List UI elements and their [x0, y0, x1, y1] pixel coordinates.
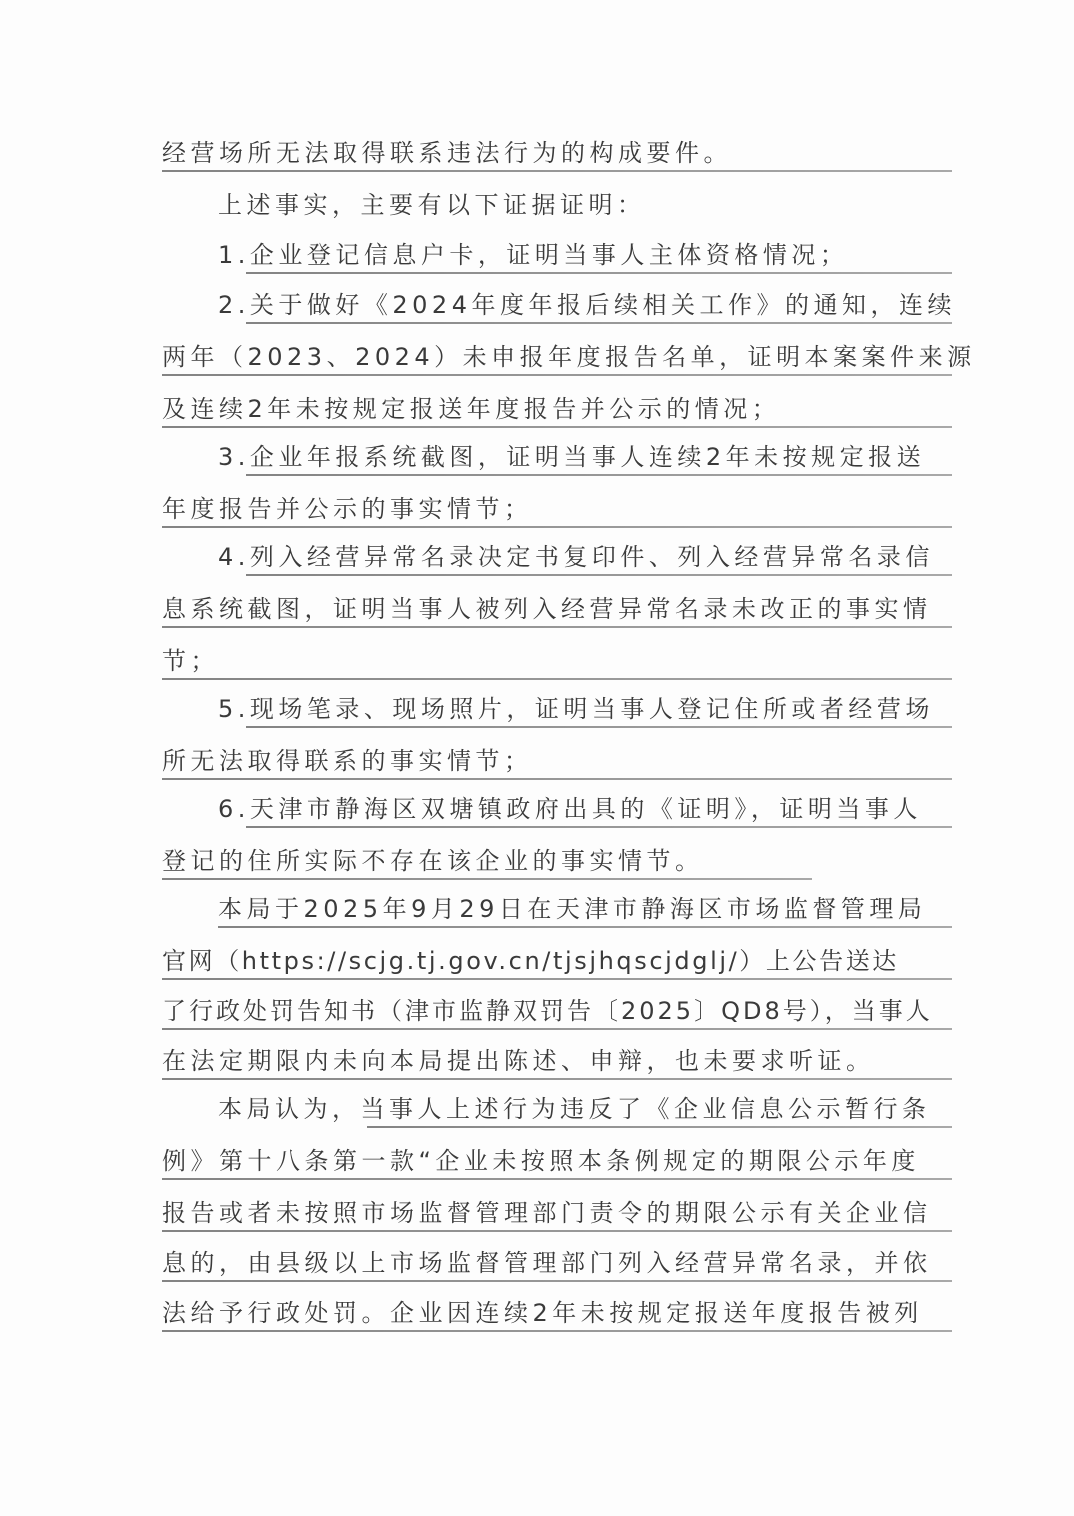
text-line: 两年（2023、2024）未申报年度报告名单，证明本案案件来源 [162, 340, 952, 376]
line-text: 报告或者未按照市场监督管理部门责令的期限公示有关企业信 [162, 1198, 932, 1228]
line-text: 在法定期限内未向本局提出陈述、申辩，也未要求听证。 [162, 1046, 875, 1076]
underline [162, 878, 812, 880]
line-text: 两年（2023、2024）未申报年度报告名单，证明本案案件来源 [162, 342, 976, 372]
text-line: 经营场所无法取得联系违法行为的构成要件。 [162, 136, 952, 172]
line-text: 息的，由县级以上市场监督管理部门列入经营异常名录，并依 [162, 1248, 932, 1278]
underline [162, 978, 952, 980]
line-text: 2.关于做好《2024年度年报后续相关工作》的通知，连续 [218, 290, 956, 320]
underline [162, 170, 952, 172]
line-text: 及连续2年未按规定报送年度报告并公示的情况； [162, 394, 780, 424]
underline [162, 1230, 952, 1232]
text-line: 息的，由县级以上市场监督管理部门列入经营异常名录，并依 [162, 1246, 952, 1282]
text-line: 本局于2025年9月29日在天津市静海区市场监督管理局 [162, 892, 952, 928]
text-line: 年度报告并公示的事实情节； [162, 492, 952, 528]
line-text: 年度报告并公示的事实情节； [162, 494, 533, 524]
underline [162, 1178, 952, 1180]
underline [162, 426, 952, 428]
document-page: 经营场所无法取得联系违法行为的构成要件。 上述事实，主要有以下证据证明： 1.企… [0, 0, 1074, 1516]
line-text: 节； [162, 646, 219, 676]
underline [162, 778, 952, 780]
line-text: 1.企业登记信息户卡，证明当事人主体资格情况； [218, 240, 848, 270]
underline [246, 322, 952, 324]
text-line: 上述事实，主要有以下证据证明： [162, 188, 952, 224]
line-text: 上述事实，主要有以下证据证明： [218, 190, 646, 220]
text-line: 所无法取得联系的事实情节； [162, 744, 952, 780]
underline [162, 678, 952, 680]
line-text: 了行政处罚告知书（津市监静双罚告〔2025〕QD8号），当事人 [162, 996, 933, 1026]
text-line: 及连续2年未按规定报送年度报告并公示的情况； [162, 392, 952, 428]
line-text: 官网（https://scjg.tj.gov.cn/tjsjhqscjdglj/… [162, 946, 899, 976]
line-text: 息系统截图，证明当事人被列入经营异常名录未改正的事实情 [162, 594, 932, 624]
underline [162, 1028, 952, 1030]
text-line: 在法定期限内未向本局提出陈述、申辩，也未要求听证。 [162, 1044, 952, 1080]
underline [367, 1126, 952, 1128]
line-text: 3.企业年报系统截图，证明当事人连续2年未按规定报送 [218, 442, 925, 472]
evidence-item-3: 3.企业年报系统截图，证明当事人连续2年未按规定报送 [162, 440, 952, 476]
line-text: 法给予行政处罚。企业因连续2年未按规定报送年度报告被列 [162, 1298, 923, 1328]
underline [246, 474, 952, 476]
line-text: 本局认为，当事人上述行为违反了《企业信息公示暂行条 [218, 1094, 931, 1124]
evidence-item-5: 5.现场笔录、现场照片，证明当事人登记住所或者经营场 [162, 692, 952, 728]
line-text: 例》第十八条第一款“企业未按照本条例规定的期限公示年度 [162, 1146, 920, 1176]
underline [246, 574, 952, 576]
line-text: 本局于2025年9月29日在天津市静海区市场监督管理局 [218, 894, 926, 924]
underline [162, 526, 952, 528]
underline [246, 826, 952, 828]
underline [162, 374, 952, 376]
evidence-item-6: 6.天津市静海区双塘镇政府出具的《证明》，证明当事人 [162, 792, 952, 828]
line-text: 6.天津市静海区双塘镇政府出具的《证明》，证明当事人 [218, 794, 922, 824]
underline [162, 1078, 952, 1080]
underline [246, 726, 952, 728]
text-line: 了行政处罚告知书（津市监静双罚告〔2025〕QD8号），当事人 [162, 994, 952, 1030]
underline [218, 926, 952, 928]
text-line: 官网（https://scjg.tj.gov.cn/tjsjhqscjdglj/… [162, 944, 952, 980]
evidence-item-4: 4.列入经营异常名录决定书复印件、列入经营异常名录信 [162, 540, 952, 576]
line-text: 登记的住所实际不存在该企业的事实情节。 [162, 846, 704, 876]
text-line: 节； [162, 644, 952, 680]
underline [162, 1280, 952, 1282]
underline [246, 272, 952, 274]
line-text: 经营场所无法取得联系违法行为的构成要件。 [162, 138, 732, 168]
text-line: 本局认为，当事人上述行为违反了《企业信息公示暂行条 [162, 1092, 952, 1128]
line-text: 所无法取得联系的事实情节； [162, 746, 533, 776]
underline [162, 626, 952, 628]
text-line: 登记的住所实际不存在该企业的事实情节。 [162, 844, 952, 880]
line-text: 5.现场笔录、现场照片，证明当事人登记住所或者经营场 [218, 694, 934, 724]
underline [162, 1330, 952, 1332]
text-line: 息系统截图，证明当事人被列入经营异常名录未改正的事实情 [162, 592, 952, 628]
text-line: 报告或者未按照市场监督管理部门责令的期限公示有关企业信 [162, 1196, 952, 1232]
text-line: 例》第十八条第一款“企业未按照本条例规定的期限公示年度 [162, 1144, 952, 1180]
evidence-item-2: 2.关于做好《2024年度年报后续相关工作》的通知，连续 [162, 288, 952, 324]
evidence-item-1: 1.企业登记信息户卡，证明当事人主体资格情况； [162, 238, 952, 274]
text-line: 法给予行政处罚。企业因连续2年未按规定报送年度报告被列 [162, 1296, 952, 1332]
line-text: 4.列入经营异常名录决定书复印件、列入经营异常名录信 [218, 542, 934, 572]
